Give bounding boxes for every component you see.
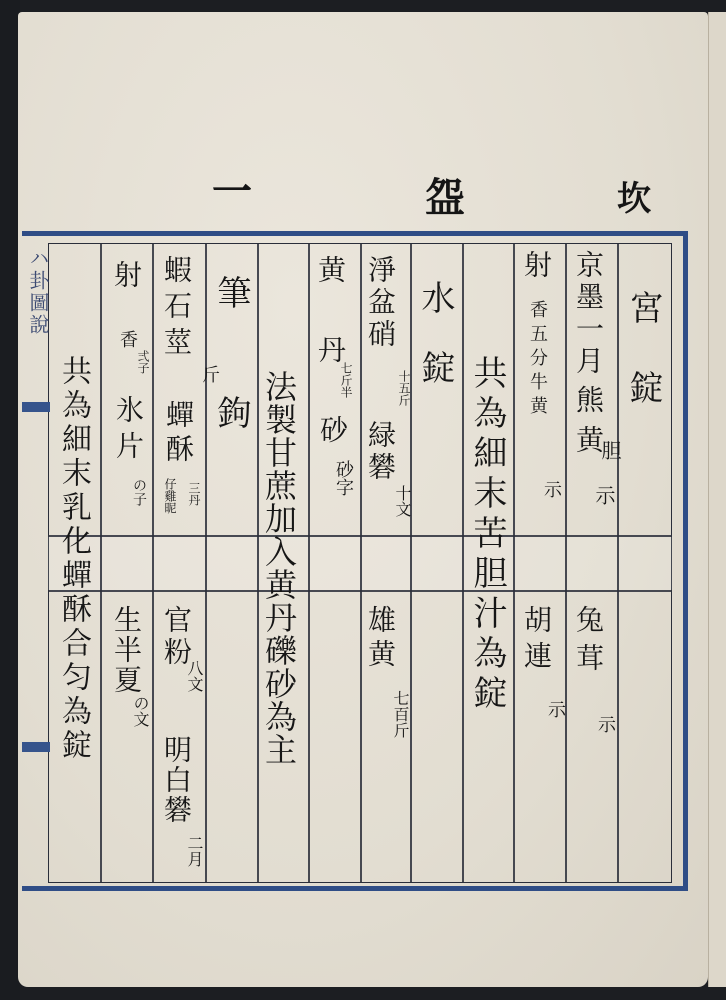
col7-note: 七斤半 bbox=[340, 362, 352, 398]
col11-main: 射 bbox=[112, 260, 140, 292]
book-spine bbox=[0, 0, 20, 1000]
col6-main: 淨盆硝 bbox=[366, 255, 394, 351]
adjacent-page-edge bbox=[708, 12, 726, 987]
col6-main2: 緑礬 bbox=[366, 420, 394, 484]
column-rule bbox=[617, 243, 619, 883]
col11-main2: 氷片 bbox=[114, 395, 142, 467]
col5-main2: 錠 bbox=[418, 350, 452, 392]
lower-entry-col11-note: の文 bbox=[132, 695, 148, 727]
col8-main: 法製甘蔗加入黄丹礫砂為主 bbox=[263, 370, 295, 766]
col7-note3: 砂字 bbox=[334, 460, 352, 496]
heading-char-2: 盌 bbox=[425, 178, 465, 218]
column-rule bbox=[152, 243, 154, 883]
col9-main: 筆 bbox=[214, 275, 248, 317]
col6-note2: 十文 bbox=[394, 485, 410, 517]
col7-main3: 砂 bbox=[318, 415, 346, 447]
lower-entry-col10-text2: 明白礬 bbox=[162, 735, 190, 825]
col6-note: 十五斤 bbox=[398, 370, 410, 406]
col2-main: 京墨一月 bbox=[574, 250, 602, 378]
lower-entry-col6-note: 七百斤 bbox=[392, 690, 408, 738]
col2-main2: 熊 bbox=[574, 385, 602, 417]
col9-main2: 鉤 bbox=[214, 395, 248, 437]
col10-main2: 蟬酥 bbox=[164, 400, 192, 468]
column-rule bbox=[100, 243, 102, 883]
lower-entry-col1-note: 示 bbox=[596, 715, 614, 733]
col10-note2: 仔雞昵 bbox=[164, 478, 176, 514]
margin-printed-label: ハ卦圖說 bbox=[24, 248, 53, 336]
col10-main: 蝦石莖 bbox=[162, 255, 190, 363]
col5-main: 水 bbox=[418, 280, 452, 322]
col3-note: 香五分牛黄 bbox=[528, 300, 546, 420]
lower-entry-col1: 兔茸 bbox=[574, 605, 602, 681]
column-rule bbox=[360, 243, 362, 883]
col11-note2: の子 bbox=[132, 478, 146, 506]
col10-note: 三丹 bbox=[188, 482, 200, 506]
column-rule bbox=[565, 243, 567, 883]
lower-entry-col2-note: 示 bbox=[546, 700, 564, 718]
col3-main: 射 bbox=[522, 250, 550, 282]
column-rule bbox=[257, 243, 259, 883]
lower-entry-col11: 生半夏 bbox=[112, 605, 140, 695]
col11-note-b: 弍子 bbox=[137, 350, 149, 374]
col1-main2: 錠 bbox=[626, 370, 660, 412]
lower-entry-col2: 胡連 bbox=[522, 605, 550, 677]
lower-entry-col10-note: 八文 bbox=[186, 660, 202, 692]
col7-main: 黄 bbox=[316, 255, 344, 287]
lower-entry-col10-note2: 二月 bbox=[186, 835, 202, 867]
col3-note2: 示 bbox=[542, 480, 560, 498]
column-rule bbox=[410, 243, 412, 883]
column-rule bbox=[308, 243, 310, 883]
heading-char-3: 坎 bbox=[617, 182, 651, 216]
col1-main: 宮 bbox=[626, 290, 660, 332]
col2-note-c: 示 bbox=[594, 485, 614, 505]
column-rule bbox=[513, 243, 515, 883]
column-rule bbox=[462, 243, 464, 883]
heading-char-1: 一 bbox=[212, 172, 252, 212]
col11-note: 香 bbox=[118, 330, 136, 348]
lower-entry-col6: 雄黄 bbox=[366, 605, 394, 673]
col12-main: 共為細末乳化蟬酥合匀為錠 bbox=[58, 355, 88, 763]
margin-blue-bar bbox=[22, 402, 50, 412]
margin-blue-bar bbox=[22, 742, 50, 752]
col4-main: 共為細末苦胆汁為錠 bbox=[470, 355, 504, 715]
col9-note: 斤 bbox=[200, 365, 218, 383]
col2-note-b: 胆 bbox=[600, 440, 620, 460]
column-rule bbox=[205, 243, 207, 883]
